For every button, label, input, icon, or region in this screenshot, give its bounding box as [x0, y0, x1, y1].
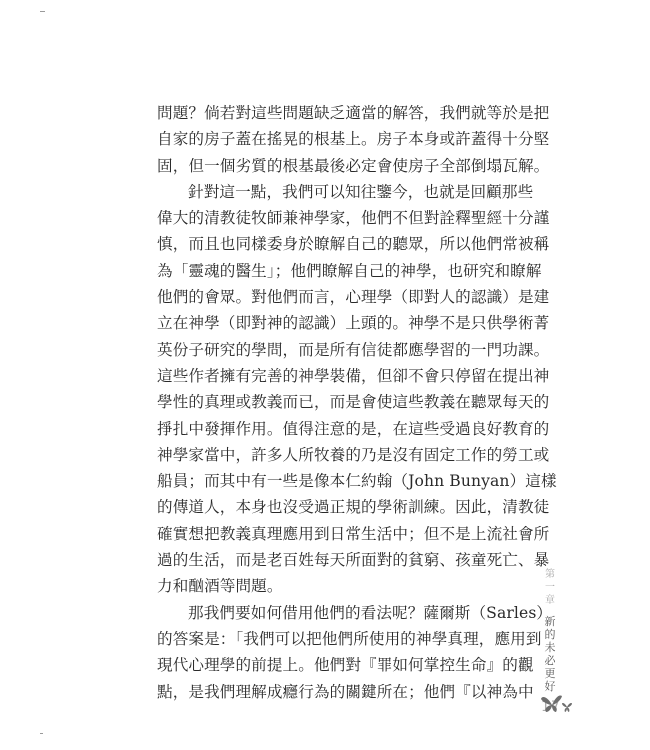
text-line: 偉大的清教徒牧師兼神學家，他們不但對詮釋聖經十分謹 — [157, 205, 502, 231]
text-line: 自家的房子蓋在搖晃的根基上。房子本身或許蓋得十分堅 — [157, 126, 502, 152]
text-line: 確實想把教義真理應用到日常生活中；但不是上流社會所 — [157, 521, 502, 547]
chapter-title-char: 更 — [541, 667, 559, 680]
text-line: 神學家當中，許多人所牧養的乃是沒有固定工作的勞工或 — [157, 442, 502, 468]
chapter-label: 第一章 — [541, 568, 559, 607]
crop-mark-top — [40, 11, 45, 12]
butterfly-ornament-icon — [540, 693, 580, 719]
crop-mark-bottom — [40, 733, 43, 734]
text-line: 英份子研究的學問，而是所有信徒都應學習的一門功課。 — [157, 337, 502, 363]
text-line: 現代心理學的前提上。他們對『罪如何掌控生命』的觀 — [157, 652, 502, 678]
chapter-label-char: 第 — [541, 568, 559, 581]
text-line: 過的生活，而是老百姓每天所面對的貧窮、孩童死亡、暴 — [157, 547, 502, 573]
text-line: 掙扎中發揮作用。值得注意的是，在這些受過良好教育的 — [157, 416, 502, 442]
chapter-title-char: 必 — [541, 654, 559, 667]
text-line: 學性的真理或教義而已，而是會使這些教義在聽眾每天的 — [157, 389, 502, 415]
text-line: 他們的會眾。對他們而言，心理學（即對人的認識）是建 — [157, 284, 502, 310]
chapter-label-char: 一 — [541, 581, 559, 594]
text-line: 針對這一點，我們可以知往鑒今，也就是回顧那些 — [157, 179, 502, 205]
chapter-title: 新的未必更好 — [541, 615, 559, 693]
text-line: 立在神學（即對神的認識）上頭的。神學不是只供學術菁 — [157, 310, 502, 336]
text-line: 問題？倘若對這些問題缺乏適當的解答，我們就等於是把 — [157, 100, 502, 126]
chapter-title-char: 未 — [541, 641, 559, 654]
text-line: 船員；而其中有一些是像本仁約翰（John Bunyan）這樣 — [157, 468, 502, 494]
text-line: 那我們要如何借用他們的看法呢？薩爾斯（Sarles） — [157, 600, 502, 626]
chapter-title-char: 好 — [541, 680, 559, 693]
body-text: 問題？倘若對這些問題缺乏適當的解答，我們就等於是把自家的房子蓋在搖晃的根基上。房… — [157, 100, 502, 705]
chapter-title-char: 的 — [541, 628, 559, 641]
text-line: 的答案是：「我們可以把他們所使用的神學真理，應用到 — [157, 626, 502, 652]
text-line: 的傳道人，本身也沒受過正規的學術訓練。因此，清教徒 — [157, 494, 502, 520]
text-line: 這些作者擁有完善的神學裝備，但卻不會只停留在提出神 — [157, 363, 502, 389]
text-line: 固，但一個劣質的根基最後必定會使房子全部倒塌瓦解。 — [157, 153, 502, 179]
text-line: 力和酗酒等問題。 — [157, 573, 502, 599]
text-line: 慎，而且也同樣委身於瞭解自己的聽眾，所以他們常被稱 — [157, 231, 502, 257]
chapter-title-char: 新 — [541, 615, 559, 628]
text-line: 點，是我們理解成癮行為的關鍵所在；他們『以神為中 — [157, 679, 502, 705]
chapter-label-char: 章 — [541, 594, 559, 607]
text-line: 為「靈魂的醫生」；他們瞭解自己的神學，也研究和瞭解 — [157, 258, 502, 284]
